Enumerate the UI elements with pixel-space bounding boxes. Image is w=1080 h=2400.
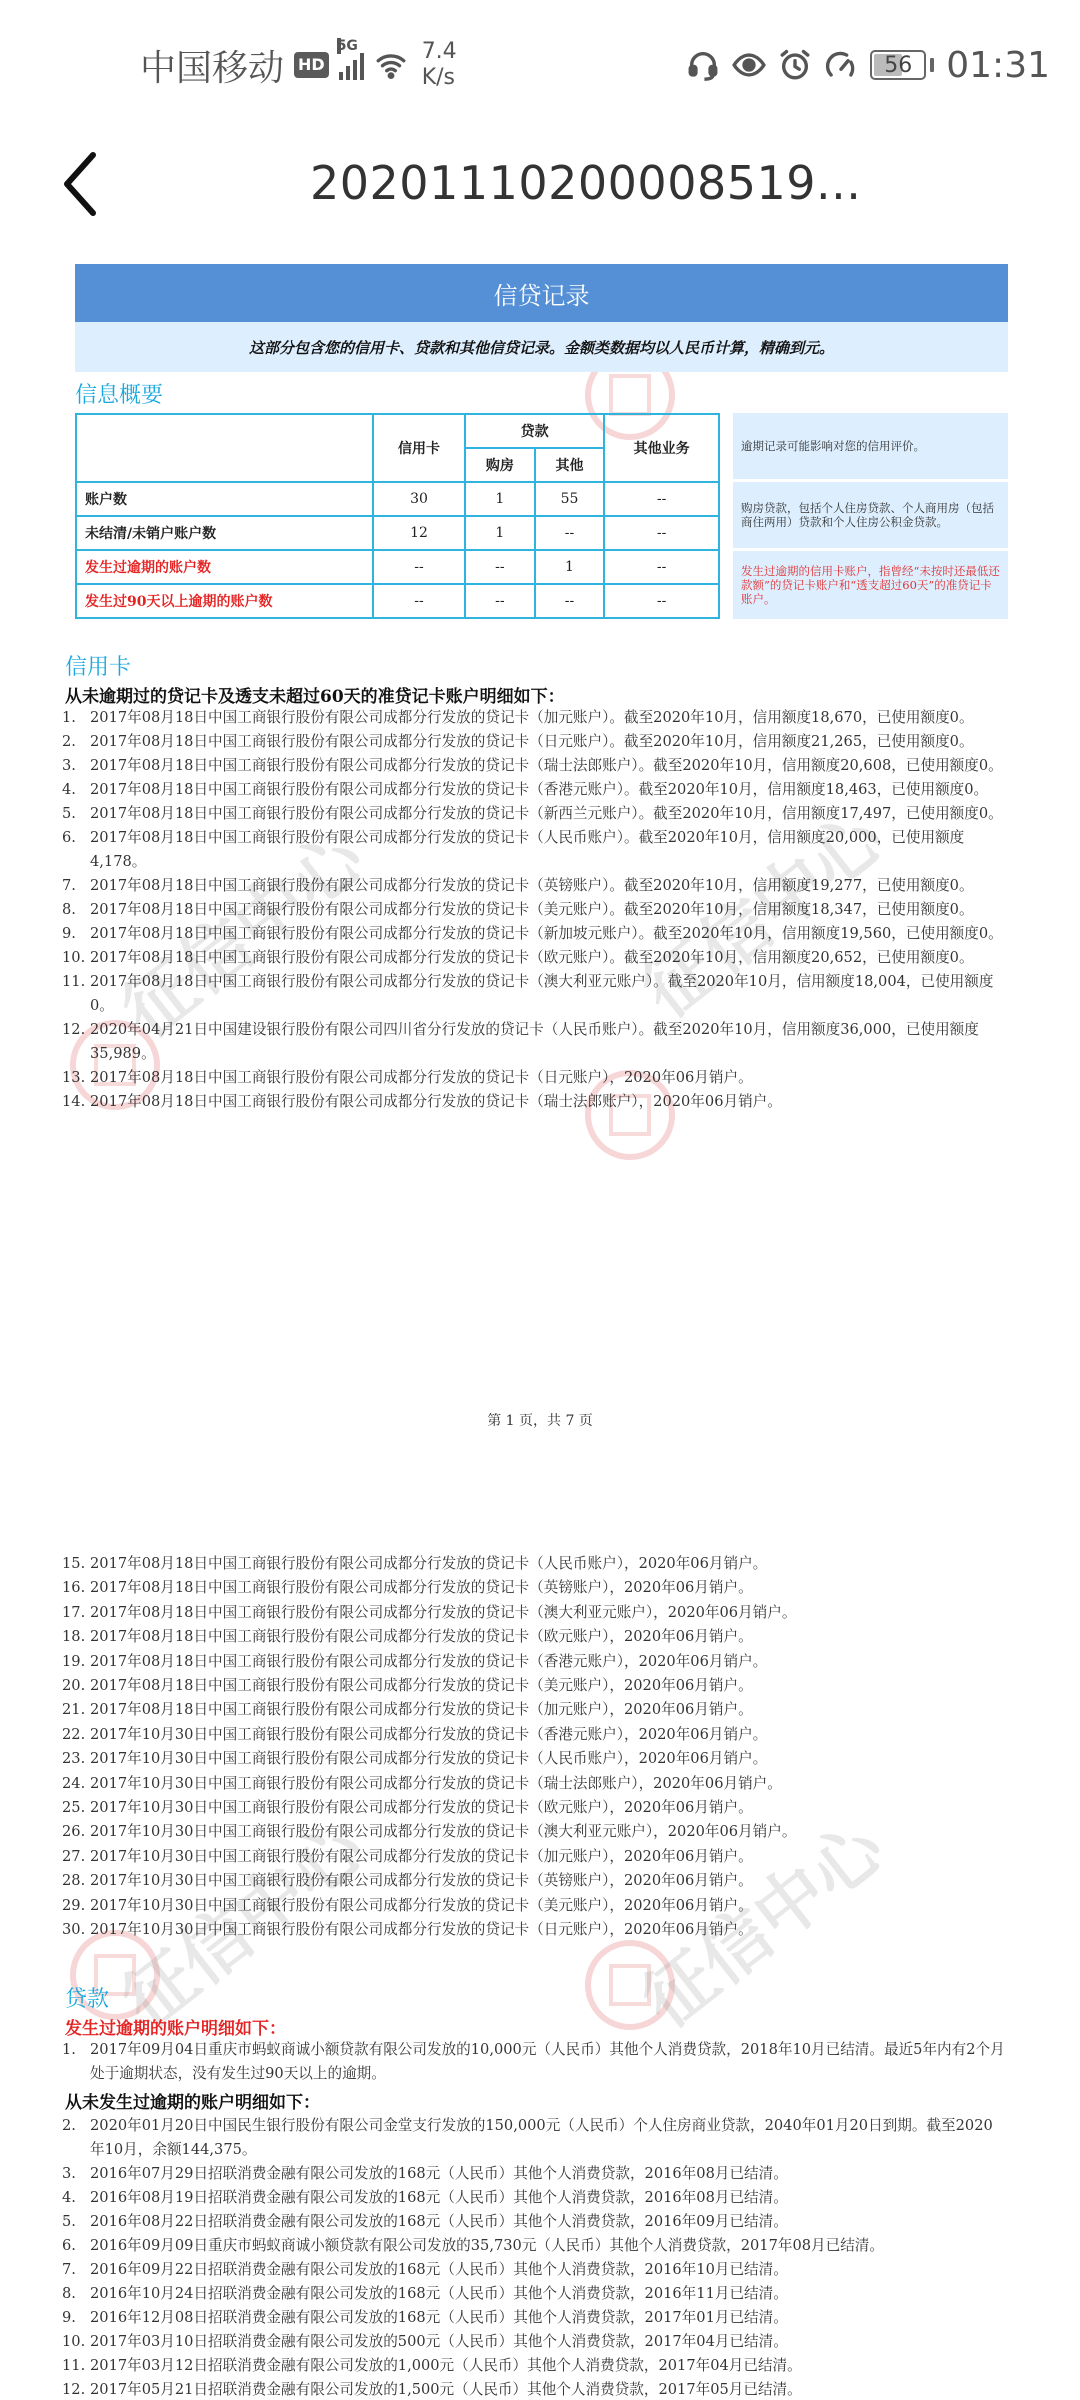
- list-item-text: 2017年10月30日中国工商银行股份有限公司成都分行发放的贷记卡（欧元账户），…: [90, 1796, 1012, 1820]
- list-item: 27.2017年10月30日中国工商银行股份有限公司成都分行发放的贷记卡（加元账…: [62, 1845, 1012, 1869]
- list-item-text: 2017年09月04日重庆市蚂蚁商诚小额贷款有限公司发放的10,000元（人民币…: [90, 2038, 1012, 2086]
- list-item-text: 2017年08月18日中国工商银行股份有限公司成都分行发放的贷记卡（英镑账户）。…: [90, 874, 1012, 898]
- cell: --: [604, 584, 719, 618]
- cell: 12: [373, 516, 465, 550]
- list-item: 14.2017年08月18日中国工商银行股份有限公司成都分行发放的贷记卡（瑞士法…: [62, 1090, 1012, 1114]
- page-title: 2020111020000851​9...: [310, 156, 861, 210]
- list-item-text: 2017年10月30日中国工商银行股份有限公司成都分行发放的贷记卡（加元账户），…: [90, 1845, 1012, 1869]
- cell: --: [604, 516, 719, 550]
- status-bar: 中国移动 HD 5G 7.4 K/s 56 01:31: [0, 0, 1080, 130]
- list-item: 1.2017年08月18日中国工商银行股份有限公司成都分行发放的贷记卡（加元账户…: [62, 706, 1012, 730]
- list-item: 19.2017年08月18日中国工商银行股份有限公司成都分行发放的贷记卡（香港元…: [62, 1650, 1012, 1674]
- list-item-number: 28.: [62, 1869, 90, 1893]
- credit-card-heading: 信用卡: [65, 650, 131, 681]
- credit-card-subheading: 从未逾期过的贷记卡及透支未超过60天的准贷记卡账户明细如下：: [65, 682, 565, 707]
- cell: --: [373, 584, 465, 618]
- alarm-icon: [778, 48, 812, 82]
- speedometer-icon: [824, 48, 858, 82]
- carrier-name: 中国移动: [140, 40, 284, 91]
- battery-level: 56: [884, 53, 912, 78]
- summary-table: 信用卡 贷款 其他业务 购房 其他 账户数 30 1 55 -- 未结清/未销户…: [75, 413, 720, 619]
- list-item-number: 3.: [62, 2162, 90, 2186]
- list-item: 3.2017年08月18日中国工商银行股份有限公司成都分行发放的贷记卡（瑞士法郎…: [62, 754, 1012, 778]
- list-item-number: 27.: [62, 1845, 90, 1869]
- list-item-text: 2017年08月18日中国工商银行股份有限公司成都分行发放的贷记卡（加元账户）。…: [90, 706, 1012, 730]
- cell: 1: [465, 482, 535, 516]
- list-item-number: 5.: [62, 2210, 90, 2234]
- list-item-text: 2017年03月12日招联消费金融有限公司发放的1,000元（人民币）其他个人消…: [90, 2354, 1012, 2378]
- list-item-text: 2017年08月18日中国工商银行股份有限公司成都分行发放的贷记卡（瑞士法郎账户…: [90, 1090, 1012, 1114]
- list-item-text: 2016年10月24日招联消费金融有限公司发放的168元（人民币）其他个人消费贷…: [90, 2282, 1012, 2306]
- list-item-text: 2017年08月18日中国工商银行股份有限公司成都分行发放的贷记卡（香港元账户）…: [90, 778, 1012, 802]
- list-item: 1.2017年09月04日重庆市蚂蚁商诚小额贷款有限公司发放的10,000元（人…: [62, 2038, 1012, 2086]
- cell: --: [604, 482, 719, 516]
- table-corner: [76, 414, 373, 482]
- table-row: 发生过90天以上逾期的账户数 -- -- -- --: [76, 584, 719, 618]
- list-item-text: 2017年08月18日中国工商银行股份有限公司成都分行发放的贷记卡（美元账户）。…: [90, 898, 1012, 922]
- list-item: 8.2016年10月24日招联消费金融有限公司发放的168元（人民币）其他个人消…: [62, 2282, 1012, 2306]
- list-item-number: 1.: [62, 706, 90, 730]
- page-footer: 第 1 页，共 7 页: [0, 1410, 1080, 1430]
- list-item-number: 21.: [62, 1698, 90, 1722]
- list-item-text: 2017年08月18日中国工商银行股份有限公司成都分行发放的贷记卡（人民币账户）…: [90, 1552, 1012, 1576]
- seal-stamp-icon: [585, 1940, 675, 2030]
- list-item-number: 12.: [62, 2378, 90, 2400]
- col-other-business: 其他业务: [604, 414, 719, 482]
- list-item-text: 2016年09月22日招联消费金融有限公司发放的168元（人民币）其他个人消费贷…: [90, 2258, 1012, 2282]
- list-item-number: 12.: [62, 1018, 90, 1066]
- wifi-icon: [374, 48, 408, 82]
- list-item: 8.2017年08月18日中国工商银行股份有限公司成都分行发放的贷记卡（美元账户…: [62, 898, 1012, 922]
- col-loan: 贷款: [465, 414, 604, 448]
- list-item: 26.2017年10月30日中国工商银行股份有限公司成都分行发放的贷记卡（澳大利…: [62, 1820, 1012, 1844]
- table-row: 发生过逾期的账户数 -- -- 1 --: [76, 550, 719, 584]
- list-item: 11.2017年08月18日中国工商银行股份有限公司成都分行发放的贷记卡（澳大利…: [62, 970, 1012, 1018]
- list-item: 4.2017年08月18日中国工商银行股份有限公司成都分行发放的贷记卡（香港元账…: [62, 778, 1012, 802]
- list-item-number: 22.: [62, 1723, 90, 1747]
- list-item-text: 2017年10月30日中国工商银行股份有限公司成都分行发放的贷记卡（香港元账户）…: [90, 1723, 1012, 1747]
- loan-ok-heading: 从未发生过逾期的账户明细如下：: [65, 2088, 320, 2113]
- list-item-text: 2016年12月08日招联消费金融有限公司发放的168元（人民币）其他个人消费贷…: [90, 2306, 1012, 2330]
- note-overdue-impact: 逾期记录可能影响对您的信用评价。: [733, 413, 1008, 479]
- list-item-text: 2017年08月18日中国工商银行股份有限公司成都分行发放的贷记卡（欧元账户）。…: [90, 946, 1012, 970]
- col-credit-card: 信用卡: [373, 414, 465, 482]
- cell: 30: [373, 482, 465, 516]
- list-item-text: 2017年05月21日招联消费金融有限公司发放的1,500元（人民币）其他个人消…: [90, 2378, 1012, 2400]
- cell: --: [535, 584, 605, 618]
- cell: 1: [465, 516, 535, 550]
- list-item-number: 7.: [62, 874, 90, 898]
- list-item-number: 1.: [62, 2038, 90, 2086]
- loan-overdue-list: 1.2017年09月04日重庆市蚂蚁商诚小额贷款有限公司发放的10,000元（人…: [62, 2038, 1012, 2086]
- list-item-number: 10.: [62, 2330, 90, 2354]
- list-item-number: 9.: [62, 922, 90, 946]
- list-item-text: 2017年10月30日中国工商银行股份有限公司成都分行发放的贷记卡（人民币账户）…: [90, 1747, 1012, 1771]
- row-label: 发生过90天以上逾期的账户数: [76, 584, 373, 618]
- list-item: 22.2017年10月30日中国工商银行股份有限公司成都分行发放的贷记卡（香港元…: [62, 1723, 1012, 1747]
- cell: --: [465, 550, 535, 584]
- cell: --: [465, 584, 535, 618]
- list-item-text: 2017年08月18日中国工商银行股份有限公司成都分行发放的贷记卡（新西兰元账户…: [90, 802, 1012, 826]
- table-row: 未结清/未销户账户数 12 1 -- --: [76, 516, 719, 550]
- list-item: 18.2017年08月18日中国工商银行股份有限公司成都分行发放的贷记卡（欧元账…: [62, 1625, 1012, 1649]
- list-item-text: 2017年08月18日中国工商银行股份有限公司成都分行发放的贷记卡（瑞士法郎账户…: [90, 754, 1012, 778]
- net-speed-value: 7.4: [422, 39, 457, 65]
- note-overdue-definition: 发生过逾期的信用卡账户，指曾经“未按时还最低还款额”的贷记卡账户和“透支超过60…: [733, 551, 1008, 619]
- list-item: 15.2017年08月18日中国工商银行股份有限公司成都分行发放的贷记卡（人民币…: [62, 1552, 1012, 1576]
- list-item-number: 16.: [62, 1576, 90, 1600]
- list-item: 12.2017年05月21日招联消费金融有限公司发放的1,500元（人民币）其他…: [62, 2378, 1012, 2400]
- list-item: 11.2017年03月12日招联消费金融有限公司发放的1,000元（人民币）其他…: [62, 2354, 1012, 2378]
- section-header-credit-records: 信贷记录: [75, 264, 1008, 322]
- list-item-number: 11.: [62, 970, 90, 1018]
- list-item: 3.2016年07月29日招联消费金融有限公司发放的168元（人民币）其他个人消…: [62, 2162, 1012, 2186]
- list-item: 28.2017年10月30日中国工商银行股份有限公司成都分行发放的贷记卡（英镑账…: [62, 1869, 1012, 1893]
- list-item: 17.2017年08月18日中国工商银行股份有限公司成都分行发放的贷记卡（澳大利…: [62, 1601, 1012, 1625]
- list-item-number: 29.: [62, 1894, 90, 1918]
- list-item: 30.2017年10月30日中国工商银行股份有限公司成都分行发放的贷记卡（日元账…: [62, 1918, 1012, 1942]
- back-button[interactable]: [50, 148, 110, 220]
- clock: 01:31: [946, 45, 1050, 86]
- list-item-text: 2017年10月30日中国工商银行股份有限公司成都分行发放的贷记卡（日元账户），…: [90, 1918, 1012, 1942]
- list-item: 7.2017年08月18日中国工商银行股份有限公司成都分行发放的贷记卡（英镑账户…: [62, 874, 1012, 898]
- list-item-text: 2020年01月20日中国民生银行股份有限公司金堂支行发放的150,000元（人…: [90, 2114, 1012, 2162]
- list-item-text: 2017年08月18日中国工商银行股份有限公司成都分行发放的贷记卡（新加坡元账户…: [90, 922, 1012, 946]
- list-item-number: 10.: [62, 946, 90, 970]
- cell: --: [535, 516, 605, 550]
- list-item-number: 18.: [62, 1625, 90, 1649]
- col-loan-other: 其他: [535, 448, 605, 482]
- list-item-number: 6.: [62, 826, 90, 874]
- list-item-number: 2.: [62, 730, 90, 754]
- hd-icon: HD: [294, 52, 329, 78]
- list-item: 12.2020年04月21日中国建设银行股份有限公司四川省分行发放的贷记卡（人民…: [62, 1018, 1012, 1066]
- eye-icon: [732, 48, 766, 82]
- list-item: 5.2016年08月22日招联消费金融有限公司发放的168元（人民币）其他个人消…: [62, 2210, 1012, 2234]
- list-item-number: 4.: [62, 2186, 90, 2210]
- credit-card-list-page1: 1.2017年08月18日中国工商银行股份有限公司成都分行发放的贷记卡（加元账户…: [62, 706, 1012, 1114]
- net-speed-unit: K/s: [422, 65, 457, 91]
- headset-icon: [686, 48, 720, 82]
- list-item: 25.2017年10月30日中国工商银行股份有限公司成都分行发放的贷记卡（欧元账…: [62, 1796, 1012, 1820]
- list-item-text: 2017年08月18日中国工商银行股份有限公司成都分行发放的贷记卡（香港元账户）…: [90, 1650, 1012, 1674]
- list-item: 24.2017年10月30日中国工商银行股份有限公司成都分行发放的贷记卡（瑞士法…: [62, 1772, 1012, 1796]
- list-item: 9.2016年12月08日招联消费金融有限公司发放的168元（人民币）其他个人消…: [62, 2306, 1012, 2330]
- list-item-number: 26.: [62, 1820, 90, 1844]
- list-item-text: 2017年10月30日中国工商银行股份有限公司成都分行发放的贷记卡（瑞士法郎账户…: [90, 1772, 1012, 1796]
- network-type: 5G: [337, 38, 341, 54]
- list-item: 2.2020年01月20日中国民生银行股份有限公司金堂支行发放的150,000元…: [62, 2114, 1012, 2162]
- list-item-text: 2017年08月18日中国工商银行股份有限公司成都分行发放的贷记卡（人民币账户）…: [90, 826, 1012, 874]
- list-item-text: 2017年08月18日中国工商银行股份有限公司成都分行发放的贷记卡（日元账户），…: [90, 1066, 1012, 1090]
- list-item-number: 7.: [62, 2258, 90, 2282]
- signal-icon: 5G: [339, 50, 364, 80]
- pdf-document-view[interactable]: 征信中心 征信中心 征信中心 征信中心 信贷记录 这部分包含您的信用卡、贷款和其…: [0, 240, 1080, 2400]
- list-item-number: 20.: [62, 1674, 90, 1698]
- list-item-text: 2017年08月18日中国工商银行股份有限公司成都分行发放的贷记卡（英镑账户），…: [90, 1576, 1012, 1600]
- row-label: 未结清/未销户账户数: [76, 516, 373, 550]
- notes-panel: 逾期记录可能影响对您的信用评价。 购房贷款，包括个人住房贷款、个人商用房（包括商…: [733, 413, 1008, 622]
- list-item-number: 15.: [62, 1552, 90, 1576]
- list-item-text: 2016年08月22日招联消费金融有限公司发放的168元（人民币）其他个人消费贷…: [90, 2210, 1012, 2234]
- battery-icon: 56: [870, 50, 926, 80]
- list-item: 13.2017年08月18日中国工商银行股份有限公司成都分行发放的贷记卡（日元账…: [62, 1066, 1012, 1090]
- list-item-number: 30.: [62, 1918, 90, 1942]
- list-item: 4.2016年08月19日招联消费金融有限公司发放的168元（人民币）其他个人消…: [62, 2186, 1012, 2210]
- list-item-text: 2017年08月18日中国工商银行股份有限公司成都分行发放的贷记卡（澳大利亚元账…: [90, 1601, 1012, 1625]
- list-item-number: 17.: [62, 1601, 90, 1625]
- list-item: 7.2016年09月22日招联消费金融有限公司发放的168元（人民币）其他个人消…: [62, 2258, 1012, 2282]
- list-item-text: 2016年08月19日招联消费金融有限公司发放的168元（人民币）其他个人消费贷…: [90, 2186, 1012, 2210]
- list-item: 10.2017年08月18日中国工商银行股份有限公司成都分行发放的贷记卡（欧元账…: [62, 946, 1012, 970]
- list-item: 16.2017年08月18日中国工商银行股份有限公司成都分行发放的贷记卡（英镑账…: [62, 1576, 1012, 1600]
- list-item: 23.2017年10月30日中国工商银行股份有限公司成都分行发放的贷记卡（人民币…: [62, 1747, 1012, 1771]
- list-item-number: 2.: [62, 2114, 90, 2162]
- overview-heading: 信息概要: [75, 378, 163, 409]
- list-item-number: 11.: [62, 2354, 90, 2378]
- list-item-number: 24.: [62, 1772, 90, 1796]
- list-item-text: 2017年08月18日中国工商银行股份有限公司成都分行发放的贷记卡（日元账户）。…: [90, 730, 1012, 754]
- loan-ok-list: 2.2020年01月20日中国民生银行股份有限公司金堂支行发放的150,000元…: [62, 2114, 1012, 2400]
- list-item: 29.2017年10月30日中国工商银行股份有限公司成都分行发放的贷记卡（美元账…: [62, 1894, 1012, 1918]
- table-row: 账户数 30 1 55 --: [76, 482, 719, 516]
- cell: 1: [535, 550, 605, 584]
- row-label: 发生过逾期的账户数: [76, 550, 373, 584]
- list-item-number: 9.: [62, 2306, 90, 2330]
- list-item-number: 3.: [62, 754, 90, 778]
- loan-heading: 贷款: [65, 1982, 109, 2013]
- list-item-number: 8.: [62, 898, 90, 922]
- list-item: 9.2017年08月18日中国工商银行股份有限公司成都分行发放的贷记卡（新加坡元…: [62, 922, 1012, 946]
- list-item: 6.2016年09月09日重庆市蚂蚁商诚小额贷款有限公司发放的35,730元（人…: [62, 2234, 1012, 2258]
- list-item-number: 19.: [62, 1650, 90, 1674]
- cell: --: [373, 550, 465, 584]
- list-item-text: 2020年04月21日中国建设银行股份有限公司四川省分行发放的贷记卡（人民币账户…: [90, 1018, 1012, 1066]
- list-item-text: 2016年07月29日招联消费金融有限公司发放的168元（人民币）其他个人消费贷…: [90, 2162, 1012, 2186]
- list-item-text: 2016年09月09日重庆市蚂蚁商诚小额贷款有限公司发放的35,730元（人民币…: [90, 2234, 1012, 2258]
- list-item: 2.2017年08月18日中国工商银行股份有限公司成都分行发放的贷记卡（日元账户…: [62, 730, 1012, 754]
- list-item-text: 2017年08月18日中国工商银行股份有限公司成都分行发放的贷记卡（欧元账户），…: [90, 1625, 1012, 1649]
- list-item-number: 25.: [62, 1796, 90, 1820]
- list-item-text: 2017年08月18日中国工商银行股份有限公司成都分行发放的贷记卡（澳大利亚元账…: [90, 970, 1012, 1018]
- list-item-text: 2017年10月30日中国工商银行股份有限公司成都分行发放的贷记卡（英镑账户），…: [90, 1869, 1012, 1893]
- credit-card-list-page2: 15.2017年08月18日中国工商银行股份有限公司成都分行发放的贷记卡（人民币…: [62, 1552, 1012, 1943]
- list-item-number: 23.: [62, 1747, 90, 1771]
- section-intro: 这部分包含您的信用卡、贷款和其他信贷记录。金额类数据均以人民币计算，精确到元。: [75, 322, 1008, 372]
- net-speed: 7.4 K/s: [422, 39, 457, 91]
- list-item-number: 13.: [62, 1066, 90, 1090]
- list-item-number: 8.: [62, 2282, 90, 2306]
- list-item-text: 2017年10月30日中国工商银行股份有限公司成都分行发放的贷记卡（美元账户），…: [90, 1894, 1012, 1918]
- list-item: 20.2017年08月18日中国工商银行股份有限公司成都分行发放的贷记卡（美元账…: [62, 1674, 1012, 1698]
- cell: --: [604, 550, 719, 584]
- loan-overdue-heading: 发生过逾期的账户明细如下：: [65, 2014, 286, 2039]
- list-item-text: 2017年03月10日招联消费金融有限公司发放的500元（人民币）其他个人消费贷…: [90, 2330, 1012, 2354]
- col-loan-house: 购房: [465, 448, 535, 482]
- list-item: 6.2017年08月18日中国工商银行股份有限公司成都分行发放的贷记卡（人民币账…: [62, 826, 1012, 874]
- battery-tip: [930, 58, 934, 72]
- list-item-text: 2017年10月30日中国工商银行股份有限公司成都分行发放的贷记卡（澳大利亚元账…: [90, 1820, 1012, 1844]
- list-item: 10.2017年03月10日招联消费金融有限公司发放的500元（人民币）其他个人…: [62, 2330, 1012, 2354]
- list-item-text: 2017年08月18日中国工商银行股份有限公司成都分行发放的贷记卡（美元账户），…: [90, 1674, 1012, 1698]
- list-item-number: 6.: [62, 2234, 90, 2258]
- list-item-number: 4.: [62, 778, 90, 802]
- title-bar: 2020111020000851​9...: [0, 130, 1080, 240]
- list-item-number: 14.: [62, 1090, 90, 1114]
- cell: 55: [535, 482, 605, 516]
- list-item: 5.2017年08月18日中国工商银行股份有限公司成都分行发放的贷记卡（新西兰元…: [62, 802, 1012, 826]
- list-item-text: 2017年08月18日中国工商银行股份有限公司成都分行发放的贷记卡（加元账户），…: [90, 1698, 1012, 1722]
- row-label: 账户数: [76, 482, 373, 516]
- list-item-number: 5.: [62, 802, 90, 826]
- note-house-loan: 购房贷款，包括个人住房贷款、个人商用房（包括商住两用）贷款和个人住房公积金贷款。: [733, 482, 1008, 548]
- chevron-left-icon: [60, 151, 100, 217]
- list-item: 21.2017年08月18日中国工商银行股份有限公司成都分行发放的贷记卡（加元账…: [62, 1698, 1012, 1722]
